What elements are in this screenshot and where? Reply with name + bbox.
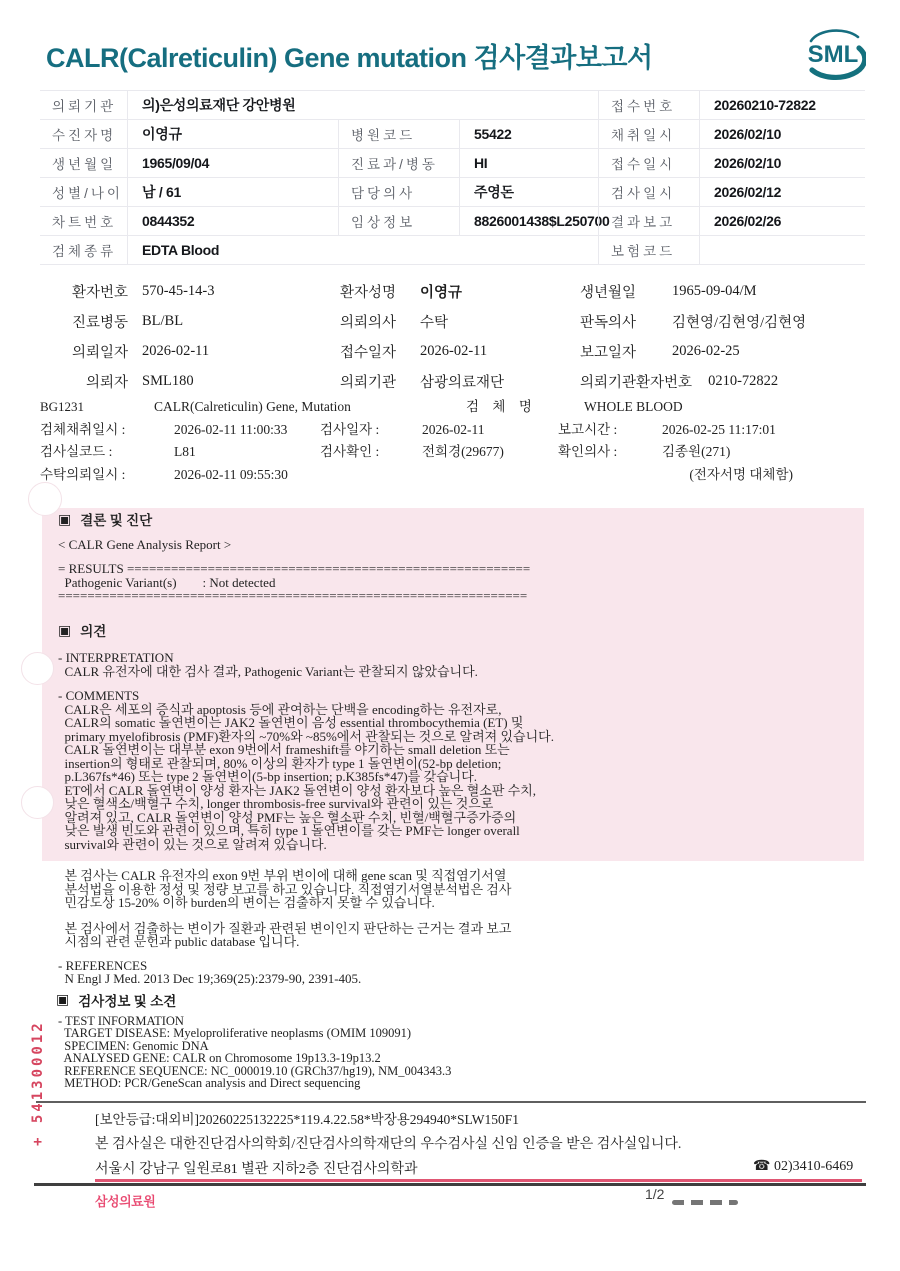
label-cell: 검사일시 [598,178,700,206]
section-header-test-info: ▣ 검사정보 및 소견 [56,990,176,1010]
security-line: [보안등급:대외비]20260225132225*119.4.22.58*박장용… [95,1108,519,1128]
table-row: 성별/나이 남 / 61 담당의사 주영돈 검사일시 2026/02/12 [40,178,865,207]
field-value: 1965-09-04/M [656,283,757,300]
label-cell: 결과보고 [598,207,700,235]
test-information-block: - TEST INFORMATION TARGET DISEASE: Myelo… [58,1015,451,1089]
field-value: 전희경(29677) [422,441,558,464]
field-value: 2026-02-11 11:00:33 [174,419,320,442]
footer-divider [36,1101,866,1103]
side-barcode-number: + 541300012 [30,1020,46,1146]
value-cell: 남 / 61 [128,178,338,206]
label-cell: 수진자명 [40,120,128,148]
field-label: 검사확인 : [320,441,422,464]
field-label: 생년월일 [580,281,656,302]
value-cell: 8826001438$L250700 [460,207,598,235]
label-cell: 접수일시 [598,149,700,177]
database-note: 본 검사에서 검출하는 변이가 질환과 관련된 변이인지 판단하는 근거는 결과… [58,922,858,949]
section-header-opinion: ▣ 의견 [58,625,864,639]
value-cell: 이영규 [128,120,338,148]
interpretation-block: - INTERPRETATION CALR 유전자에 대한 검사 결과, Pat… [58,651,864,678]
order-row: 검체채취일시 : 2026-02-11 11:00:33 검사일자 : 2026… [40,419,865,442]
field-label: 검 체 명 [466,396,584,419]
scan-artifact-marks [672,1200,738,1205]
label-cell: 진료과/병동 [338,149,460,177]
field-value: 2026-02-11 09:55:30 [174,464,320,487]
field-label: 의뢰일자 [40,341,128,362]
field-label: 검사일자 : [320,419,422,442]
label-cell: 차트번호 [40,207,128,235]
value-cell: 2026/02/10 [700,120,865,148]
field-value: 570-45-14-3 [128,283,340,300]
punch-hole [21,786,54,819]
field-label: 의뢰기관 [340,371,420,392]
esign-note: (전자서명 대체함) [689,464,865,487]
field-label: 의뢰의사 [340,311,420,332]
value-cell: 의)은성의료재단 강안병원 [128,91,598,119]
field-label: 의뢰자 [40,371,128,392]
field-label: 보고시간 : [558,419,662,442]
field-value: 삼광의료재단 [420,371,580,392]
method-notes: 본 검사는 CALR 유전자의 exon 9번 부위 변이에 대해 gene s… [58,869,858,986]
field-label: 진료병동 [40,311,128,332]
value-cell [700,236,865,264]
org-name: 삼성의료원 [95,1191,155,1210]
test-name: CALR(Calreticulin) Gene, Mutation [154,396,466,419]
label-cell: 임상정보 [338,207,460,235]
label-cell: 접수번호 [598,91,700,119]
value-cell: 주영돈 [460,178,598,206]
order-block: BG1231 CALR(Calreticulin) Gene, Mutation… [40,396,865,486]
patient-row: 환자번호 570-45-14-3 환자성명 이영규 생년월일 1965-09-0… [40,276,865,306]
field-label: 수탁의뢰일시 : [40,464,174,487]
field-label: 의뢰기관환자번호 [580,371,692,392]
section-title: 의견 [80,625,106,639]
patient-info-table: 의뢰기관 의)은성의료재단 강안병원 접수번호 20260210-72822 수… [40,90,865,265]
value-cell: 0844352 [128,207,338,235]
patient-row: 의뢰일자 2026-02-11 접수일자 2026-02-11 보고일자 202… [40,336,865,366]
order-row: 수탁의뢰일시 : 2026-02-11 09:55:30 (전자서명 대체함) [40,464,865,487]
table-row: 수진자명 이영규 병원코드 55422 채취일시 2026/02/10 [40,120,865,149]
section-title: 결론 및 진단 [80,514,152,528]
field-label: 판독의사 [580,311,656,332]
label-cell: 병원코드 [338,120,460,148]
section-title: 검사정보 및 소견 [78,990,176,1010]
phone-number: 02)3410-6469 [774,1159,853,1174]
test-code: BG1231 [40,396,154,419]
value-cell: 20260210-72822 [700,91,865,119]
table-row: 차트번호 0844352 임상정보 8826001438$L250700 결과보… [40,207,865,236]
field-label: 환자번호 [40,281,128,302]
field-value: 2026-02-11 [128,343,340,360]
label-cell: 성별/나이 [40,178,128,206]
section-marker-icon: ▣ [56,992,69,1009]
punch-hole [28,482,62,516]
sml-logo-icon: SML [800,22,866,86]
label-cell: 생년월일 [40,149,128,177]
patient-row: 의뢰자 SML180 의뢰기관 삼광의료재단 의뢰기관환자번호 0210-728… [40,366,865,396]
field-value: 김현영/김현영/김현영 [656,311,806,332]
field-value: 이영규 [420,281,580,302]
value-cell: 55422 [460,120,598,148]
field-value: 수탁 [420,311,580,332]
method-note: 본 검사는 CALR 유전자의 exon 9번 부위 변이에 대해 gene s… [58,869,858,910]
label-cell: 보험코드 [598,236,700,264]
accreditation-line: 본 검사실은 대한진단검사의학회/진단검사의학재단의 우수검사실 신임 인증을 … [95,1133,681,1153]
report-page: CALR(Calreticulin) Gene mutation 검사결과보고서… [0,0,900,1271]
value-cell: 1965/09/04 [128,149,338,177]
field-value: L81 [174,441,320,464]
field-label: 보고일자 [580,341,656,362]
value-cell: 2026/02/12 [700,178,865,206]
punch-hole [21,652,54,685]
table-row: 생년월일 1965/09/04 진료과/병동 HI 접수일시 2026/02/1… [40,149,865,178]
patient-row: 진료병동 BL/BL 의뢰의사 수탁 판독의사 김현영/김현영/김현영 [40,306,865,336]
results-block: = RESULTS ==============================… [58,562,864,603]
section-marker-icon: ▣ [58,625,71,639]
value-cell: 2026/02/26 [700,207,865,235]
table-row: 의뢰기관 의)은성의료재단 강안병원 접수번호 20260210-72822 [40,91,865,120]
analysis-report-title: < CALR Gene Analysis Report > [58,538,864,552]
value-cell: EDTA Blood [128,236,598,264]
field-value: 김종원(271) [662,441,730,464]
field-value: 2026-02-25 [656,343,740,360]
value-cell: HI [460,149,598,177]
field-label: 환자성명 [340,281,420,302]
label-cell: 의뢰기관 [40,91,128,119]
lab-phone: ☎ 02)3410-6469 [753,1158,853,1175]
section-header-conclusion: ▣ 결론 및 진단 [58,514,864,528]
field-label: 접수일자 [340,341,420,362]
field-value: 2026-02-11 [422,419,558,442]
label-cell: 검체종류 [40,236,128,264]
value-cell: 2026/02/10 [700,149,865,177]
field-label: 확인의사 : [558,441,662,464]
result-panel: ▣ 결론 및 진단 < CALR Gene Analysis Report > … [42,508,864,861]
patient-detail-block: 환자번호 570-45-14-3 환자성명 이영규 생년월일 1965-09-0… [40,276,865,396]
order-row: 검사실코드 : L81 검사확인 : 전희경(29677) 확인의사 : 김종원… [40,441,865,464]
page-title: CALR(Calreticulin) Gene mutation 검사결과보고서 [46,36,653,75]
phone-icon: ☎ [753,1159,770,1174]
section-marker-icon: ▣ [58,514,71,528]
field-label: 검체채취일시 : [40,419,174,442]
field-value: WHOLE BLOOD [584,396,683,419]
table-row: 검체종류 EDTA Blood 보험코드 [40,236,865,265]
field-value: 0210-72822 [692,373,778,390]
label-cell: 담당의사 [338,178,460,206]
page-number: 1/2 [645,1186,664,1202]
label-cell: 채취일시 [598,120,700,148]
field-value: SML180 [128,373,340,390]
comments-block: - COMMENTS CALR은 세포의 증식과 apoptosis 등에 관여… [58,689,864,851]
field-label: 검사실코드 : [40,441,174,464]
references-block: - REFERENCES N Engl J Med. 2013 Dec 19;3… [58,959,858,986]
footer-red-line [95,1179,862,1182]
field-value: 2026-02-11 [420,343,580,360]
footer-dark-line [34,1183,866,1186]
lab-address: 서울시 강남구 일원로81 별관 지하2층 진단검사의학과 [95,1158,418,1178]
field-value: BL/BL [128,313,340,330]
order-row: BG1231 CALR(Calreticulin) Gene, Mutation… [40,396,865,419]
field-value: 2026-02-25 11:17:01 [662,419,776,442]
sml-logo-text: SML [808,41,859,68]
